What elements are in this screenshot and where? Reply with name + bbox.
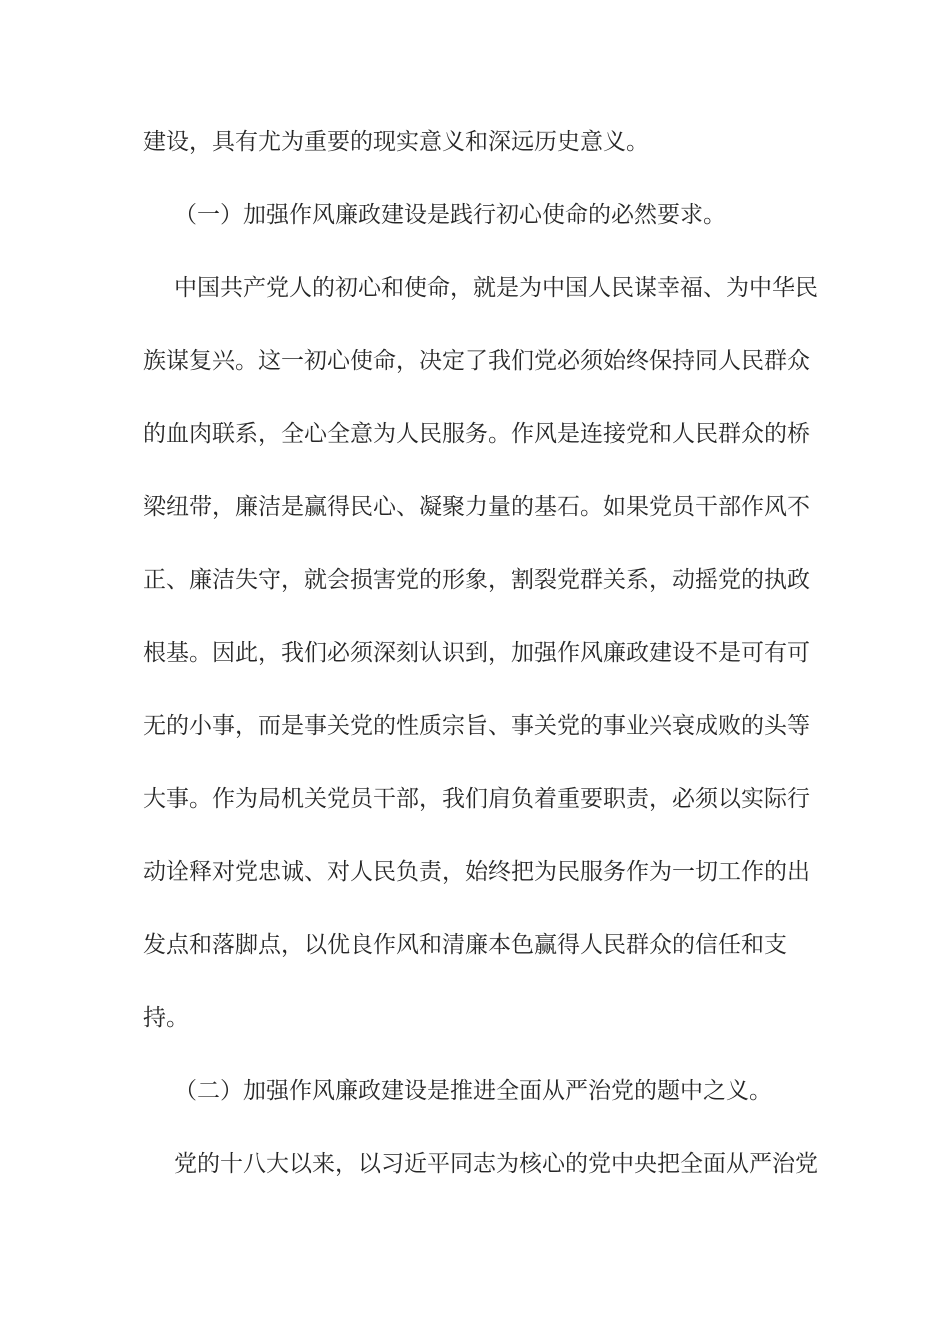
doc-line: 大事。作为局机关党员干部，我们肩负着重要职责，必须以实际行 — [143, 762, 815, 835]
doc-line: 持。 — [143, 981, 815, 1054]
section-heading-2: （二）加强作风廉政建设是推进全面从严治党的题中之义。 — [143, 1054, 815, 1127]
doc-line: 无的小事，而是事关党的性质宗旨、事关党的事业兴衰成败的头等 — [143, 689, 815, 762]
section-heading-1: （一）加强作风廉政建设是践行初心使命的必然要求。 — [143, 178, 815, 251]
doc-line: 正、廉洁失守，就会损害党的形象，割裂党群关系，动摇党的执政 — [143, 543, 815, 616]
doc-line: 根基。因此，我们必须深刻认识到，加强作风廉政建设不是可有可 — [143, 616, 815, 689]
doc-line: 发点和落脚点，以优良作风和清廉本色赢得人民群众的信任和支 — [143, 908, 815, 981]
doc-line: 党的十八大以来，以习近平同志为核心的党中央把全面从严治党 — [143, 1127, 815, 1200]
doc-line: 族谋复兴。这一初心使命，决定了我们党必须始终保持同人民群众 — [143, 324, 815, 397]
doc-line: 中国共产党人的初心和使命，就是为中国人民谋幸福、为中华民 — [143, 251, 815, 324]
doc-line: 建设，具有尤为重要的现实意义和深远历史意义。 — [143, 105, 815, 178]
doc-line: 动诠释对党忠诚、对人民负责，始终把为民服务作为一切工作的出 — [143, 835, 815, 908]
doc-line: 梁纽带，廉洁是赢得民心、凝聚力量的基石。如果党员干部作风不 — [143, 470, 815, 543]
doc-line: 的血肉联系，全心全意为人民服务。作风是连接党和人民群众的桥 — [143, 397, 815, 470]
document-page: 建设，具有尤为重要的现实意义和深远历史意义。 （一）加强作风廉政建设是践行初心使… — [0, 0, 950, 1344]
